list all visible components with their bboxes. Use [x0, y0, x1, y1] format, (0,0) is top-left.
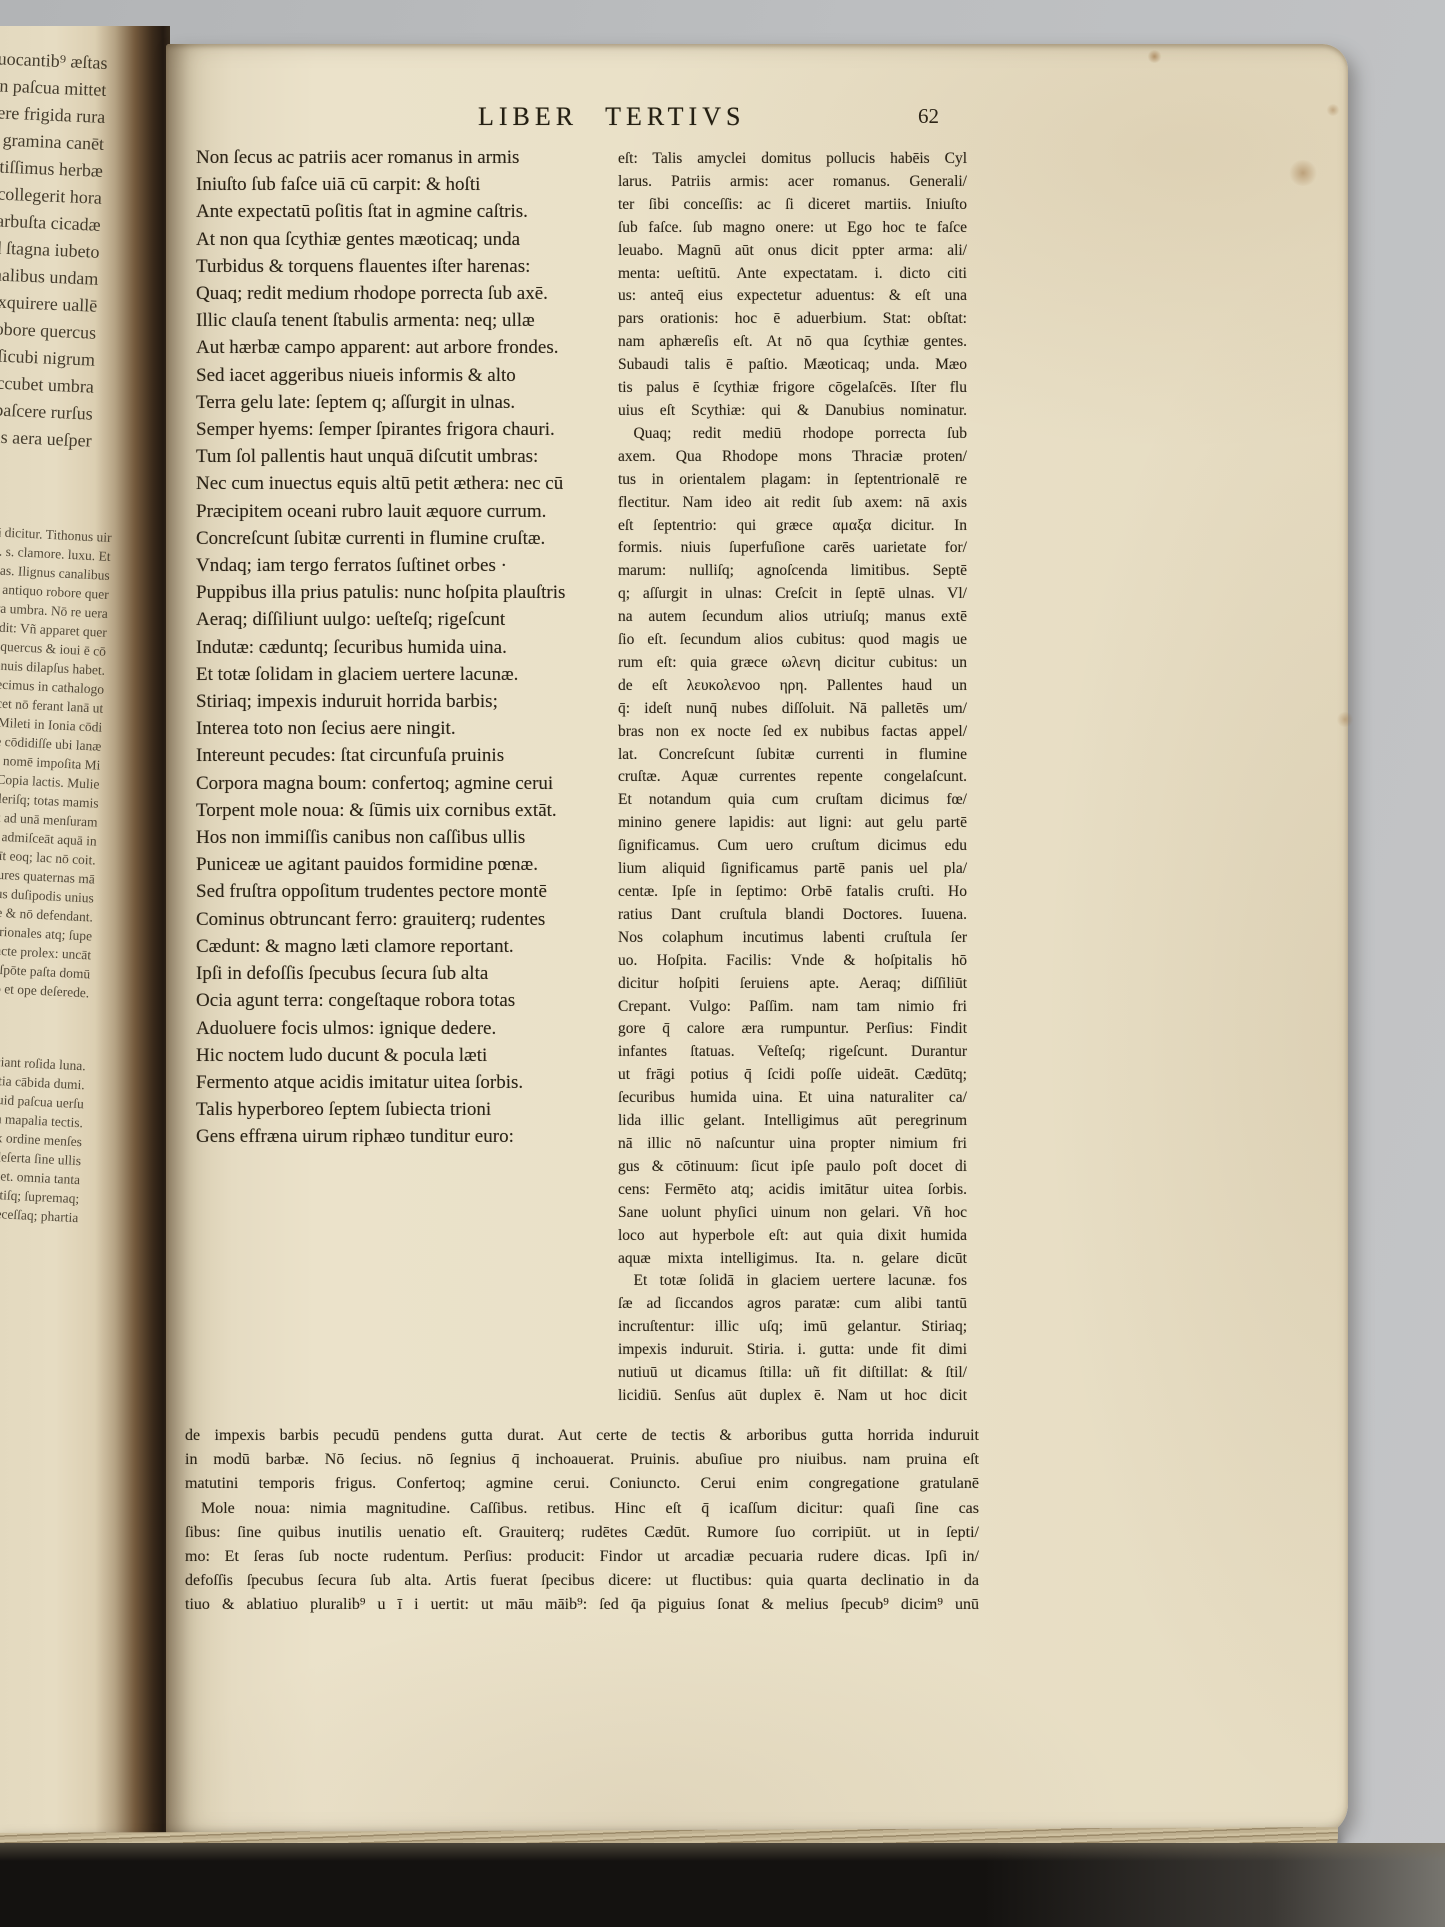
verse-line: Aduoluere focis ulmos: ignique dedere.	[196, 1015, 626, 1042]
bottom-commentary: de impexis barbis pecudū pendens gutta d…	[185, 1424, 979, 1618]
commentary-line: Et totæ ſolidā in glaciem uertere lacunæ…	[618, 1270, 967, 1293]
verse-line: At non qua ſcythiæ gentes mæoticaq; unda	[196, 226, 626, 253]
commentary-line: ut frāgi potius q̄ ſcidi poſſe uideāt. C…	[618, 1064, 967, 1087]
verse-line: Concreſcunt ſubitæ currenti in flumine c…	[196, 525, 626, 552]
commentary-line: lium aliquid ſignificamus partē panis ue…	[618, 858, 967, 881]
commentary-line: licidiū. Senſus aūt duplex ē. Nam ut hoc…	[618, 1385, 967, 1408]
verse-line: Cominus obtruncant ferro: grauiterq; rud…	[196, 906, 626, 933]
commentary-line: nā illic nō naſcuntur uina propter nimiu…	[618, 1133, 967, 1156]
commentary-line: axem. Qua Rhodope mons Thraciæ proten/	[618, 446, 967, 469]
commentary-line: cens: Fermēto atq; acidis imitātur uitea…	[618, 1179, 967, 1202]
verse-line: Sed iacet aggeribus niueis informis & al…	[196, 362, 626, 389]
commentary-line: dicitur hoſpiti ſeruiens apte. Aeraq; di…	[618, 973, 967, 996]
verse-line: Sed fruſtra oppoſitum trudentes pectore …	[196, 878, 626, 905]
verse-line: Hic noctem ludo ducunt & pocula læti	[196, 1042, 626, 1069]
commentary-line: gore q̄ calore æra rumpuntur. Perſius: F…	[618, 1018, 967, 1041]
commentary-line: Et notandum quia cum cruſtam dicimus fœ/	[618, 789, 967, 812]
commentary-line: flectitur. Nam ideo ait redit ſub axem: …	[618, 492, 967, 515]
verse-line: Talis hyperboreo ſeptem ſubiecta trioni	[196, 1096, 626, 1123]
commentary-line: incruſtentur: illic uſq; imū gelantur. S…	[618, 1316, 967, 1339]
commentary-line: uo. Hoſpita. Facilis: Vnde & hoſpitalis …	[618, 950, 967, 973]
verse-line: Nec cum inuectus equis altū petit æthera…	[196, 470, 626, 497]
verse-line: Et totæ ſolidam in glaciem uertere lacun…	[196, 661, 626, 688]
floor-shadow	[0, 1843, 1445, 1927]
verse-line: Puppibus illa prius patulis: nunc hoſpit…	[196, 579, 626, 606]
verse-line: Aut hærbæ campo apparent: aut arbore fro…	[196, 334, 626, 361]
commentary-line: rum eſt: quia græce ωλενη dicitur cubitu…	[618, 652, 967, 675]
commentary-line: Crepant. Vulgo: Paſſim. nam tam nimio fr…	[618, 996, 967, 1019]
verse-line: Torpent mole noua: & ſūmis uix cornibus …	[196, 797, 626, 824]
commentary-line: Sane uolunt phyſici uinum non gelari. Vñ…	[618, 1202, 967, 1225]
commentary-line: centæ. Ipſe in ſeptimo: Orbē fatalis cru…	[618, 881, 967, 904]
commentary-line: uius eſt Scythiæ: qui & Danubius nominat…	[618, 400, 967, 423]
verse-line: Interea toto non ſecius aere ningit.	[196, 715, 626, 742]
gutter-verse-fragments: ris cum læta uocantib⁹ æſtasq; grege atq…	[0, 32, 108, 454]
commentary-line: eſt ſeptentrio: qui græce αμαξα dicitur.…	[618, 515, 967, 538]
commentary-line: marum: nulliſq; agnoſcenda limitibus. Se…	[618, 560, 967, 583]
commentary-line: ter ſibi conceſſis: ac ſi diceret martii…	[618, 194, 967, 217]
bottom-commentary-line: Mole noua: nimia magnitudine. Caſſibus. …	[185, 1497, 979, 1521]
left-page: ris cum læta uocantib⁹ æſtasq; grege atq…	[0, 26, 170, 1842]
commentary-line: minino genere lapidis: aut ligni: aut ge…	[618, 812, 967, 835]
bottom-commentary-line: de impexis barbis pecudū pendens gutta d…	[185, 1424, 979, 1448]
commentary-line: lat. Concreſcunt ſubitæ currenti in flum…	[618, 744, 967, 767]
commentary-line: aquæ mixta intelligimus. Ita. n. gelare …	[618, 1248, 967, 1271]
bottom-commentary-line: matutini temporis frigus. Confertoq; agm…	[185, 1472, 979, 1496]
commentary-line: gus & cōtinuum: ſicut ipſe paulo poſt do…	[618, 1156, 967, 1179]
commentary-line: eſt: Talis amyclei domitus pollucis habē…	[618, 148, 967, 171]
verse-line: Stiriaq; impexis induruit horrida barbis…	[196, 688, 626, 715]
verse-line: Cædunt: & magno læti clamore reportant.	[196, 933, 626, 960]
commentary-line: ſæ ad ſiccandos agros paratæ: cum alibi …	[618, 1293, 967, 1316]
verse-fragment-line: ris cum læta uocantib⁹ æſtas	[0, 32, 108, 77]
verse-line: Tum ſol pallentis haut unquā diſcutit um…	[196, 443, 626, 470]
bottom-commentary-line: mo: Et ſeras ſub nocte rudentum. Perſius…	[185, 1545, 979, 1569]
commentary-line: q; aſſurgit in ulnas: Creſcit in ſeptē u…	[618, 583, 967, 606]
commentary-line: bras non ex nocte ſed ex nubibus factas …	[618, 721, 967, 744]
commentary-line: ſub faſce. ſub magno onere: ut Ego hoc t…	[618, 217, 967, 240]
commentary-line: lida illic gelant. Intelligimus aūt pere…	[618, 1110, 967, 1133]
commentary-line: impexis induruit. Stiria. i. gutta: unde…	[618, 1339, 967, 1362]
commentary-line: loco aut hyperbole eſt: aut quia dixit h…	[618, 1225, 967, 1248]
commentary-line: nutiuū ut dicamus ſtilla: uñ fit diſtill…	[618, 1362, 967, 1385]
commentary-line: na autem ſecundum alios utriuſq; manus e…	[618, 606, 967, 629]
verse-line: Turbidus & torquens flauentes iſter hare…	[196, 253, 626, 280]
commentary-line: us: anteq̄ eius expectetur aduentus: & e…	[618, 285, 967, 308]
verse-line: Gens effræna uirum riphæo tunditur euro:	[196, 1123, 626, 1150]
foxing-spot	[1336, 712, 1354, 727]
commentary-line: tus in orientalem plagam: in ſeptentrion…	[618, 469, 967, 492]
commentary-line: larus. Patriis armis: acer romanus. Gene…	[618, 171, 967, 194]
verse-column: Non ſecus ac patriis acer romanus in arm…	[196, 144, 626, 1151]
commentary-line: Nos colaphum incutimus labenti cruſtula …	[618, 927, 967, 950]
foxing-spot	[1288, 160, 1318, 186]
verse-line: Aeraq; diſſiliunt uulgo: ueſteſq; rigeſc…	[196, 606, 626, 633]
commentary-column: eſt: Talis amyclei domitus pollucis habē…	[618, 148, 967, 1408]
commentary-line: leuabo. Magnū aūt onus dicit ppter arma:…	[618, 240, 967, 263]
commentary-line: de eſt λευκολενοο ηρη. Pallentes haud un	[618, 675, 967, 698]
commentary-line: q̄: ideſt nunq̄ nubes diſſoluit. Nā pall…	[618, 698, 967, 721]
photo-backdrop: { "header": { "title": "LIBER TERTIVS", …	[0, 0, 1445, 1927]
verse-line: Non ſecus ac patriis acer romanus in arm…	[196, 144, 626, 171]
verse-line: Fermento atque acidis imitatur uitea ſor…	[196, 1069, 626, 1096]
gutter-commentary-fragments: illam fabulā dicitur. Tithonus uirRupent…	[0, 507, 112, 1228]
verse-line: Vndaq; iam tergo ferratos ſuſtinet orbes…	[196, 552, 626, 579]
verse-line: Terra gelu late: ſeptem q; aſſurgit in u…	[196, 389, 626, 416]
commentary-line: menta: ueſtitū. Ante expectatam. i. dict…	[618, 263, 967, 286]
right-page: LIBER TERTIVS 62 Non ſecus ac patriis ac…	[166, 44, 1348, 1836]
verse-line: Corpora magna boum: confertoq; agmine ce…	[196, 770, 626, 797]
foxing-spot	[1147, 50, 1162, 63]
commentary-line: ratius Dant cruſtula blandi Doctores. Iu…	[618, 904, 967, 927]
commentary-line: ſio eſt. ſecundum alios cubitus: quod ma…	[618, 629, 967, 652]
commentary-line: formis. niuis ſuperfuſione carēs uarieta…	[618, 537, 967, 560]
commentary-line: ſecuribus humida uina. Et uina naturalit…	[618, 1087, 967, 1110]
foxing-spot	[1326, 104, 1340, 116]
commentary-line: Quaq; redit mediū rhodope porrecta ſub	[618, 423, 967, 446]
commentary-fragment-line: illam fabulā dicitur. Tithonus uir	[0, 507, 112, 547]
verse-line: Iniuſto ſub faſce uiā cū carpit: & hoſti	[196, 171, 626, 198]
verse-line: Ante expectatū poſitis ſtat in agmine ca…	[196, 198, 626, 225]
commentary-line: tis palus ē ſcythiæ frigore cōgelaſcēs. …	[618, 377, 967, 400]
verse-line: Ipſi in defoſſis ſpecubus ſecura ſub alt…	[196, 960, 626, 987]
commentary-line: infantes ſtatuas. Veſteſq; rigeſcunt. Du…	[618, 1041, 967, 1064]
verse-line: Quaq; redit medium rhodope porrecta ſub …	[196, 280, 626, 307]
commentary-line: cruſtæ. Aquæ currentes repente congelaſc…	[618, 766, 967, 789]
verse-line: Hos non immiſſis canibus non caſſibus ul…	[196, 824, 626, 851]
bottom-commentary-line: tiuo & ablatiuo pluralib⁹ u ī i uertit: …	[185, 1593, 979, 1617]
commentary-line: ſignificamus. Cum uero cruſtum dicimus e…	[618, 835, 967, 858]
commentary-line: nam aphæreſis eſt. At nō qua ſcythiæ gen…	[618, 331, 967, 354]
verse-line: Illic clauſa tenent ſtabulis armenta: ne…	[196, 307, 626, 334]
commentary-line: pars orationis: hoc ē aduerbium. Stat: o…	[618, 308, 967, 331]
bottom-commentary-line: in modū barbæ. Nō ſecius. nō ſegnius q̄ …	[185, 1448, 979, 1472]
commentary-line: Subaudi talis ē paſtio. Mæoticaq; unda. …	[618, 354, 967, 377]
verse-line: Semper hyems: ſemper ſpirantes frigora c…	[196, 416, 626, 443]
verse-line: Ocia agunt terra: congeſtaque robora tot…	[196, 987, 626, 1014]
verse-line: Indutæ: cæduntq; ſecuribus humida uina.	[196, 634, 626, 661]
page-number: 62	[918, 104, 939, 129]
bottom-commentary-line: ſibus: ſine quibus inutilis uenatio eſt.…	[185, 1521, 979, 1545]
bottom-commentary-line: defoſſis ſpecubus ſecura ſub alta. Artis…	[185, 1569, 979, 1593]
verse-line: Præcipitem oceani rubro lauit æquore cur…	[196, 498, 626, 525]
verse-line: Puniceæ ue agitant pauidos formidine pœn…	[196, 851, 626, 878]
verse-line: Intereunt pecudes: ſtat circunfuſa pruin…	[196, 742, 626, 769]
running-title: LIBER TERTIVS	[478, 102, 745, 132]
